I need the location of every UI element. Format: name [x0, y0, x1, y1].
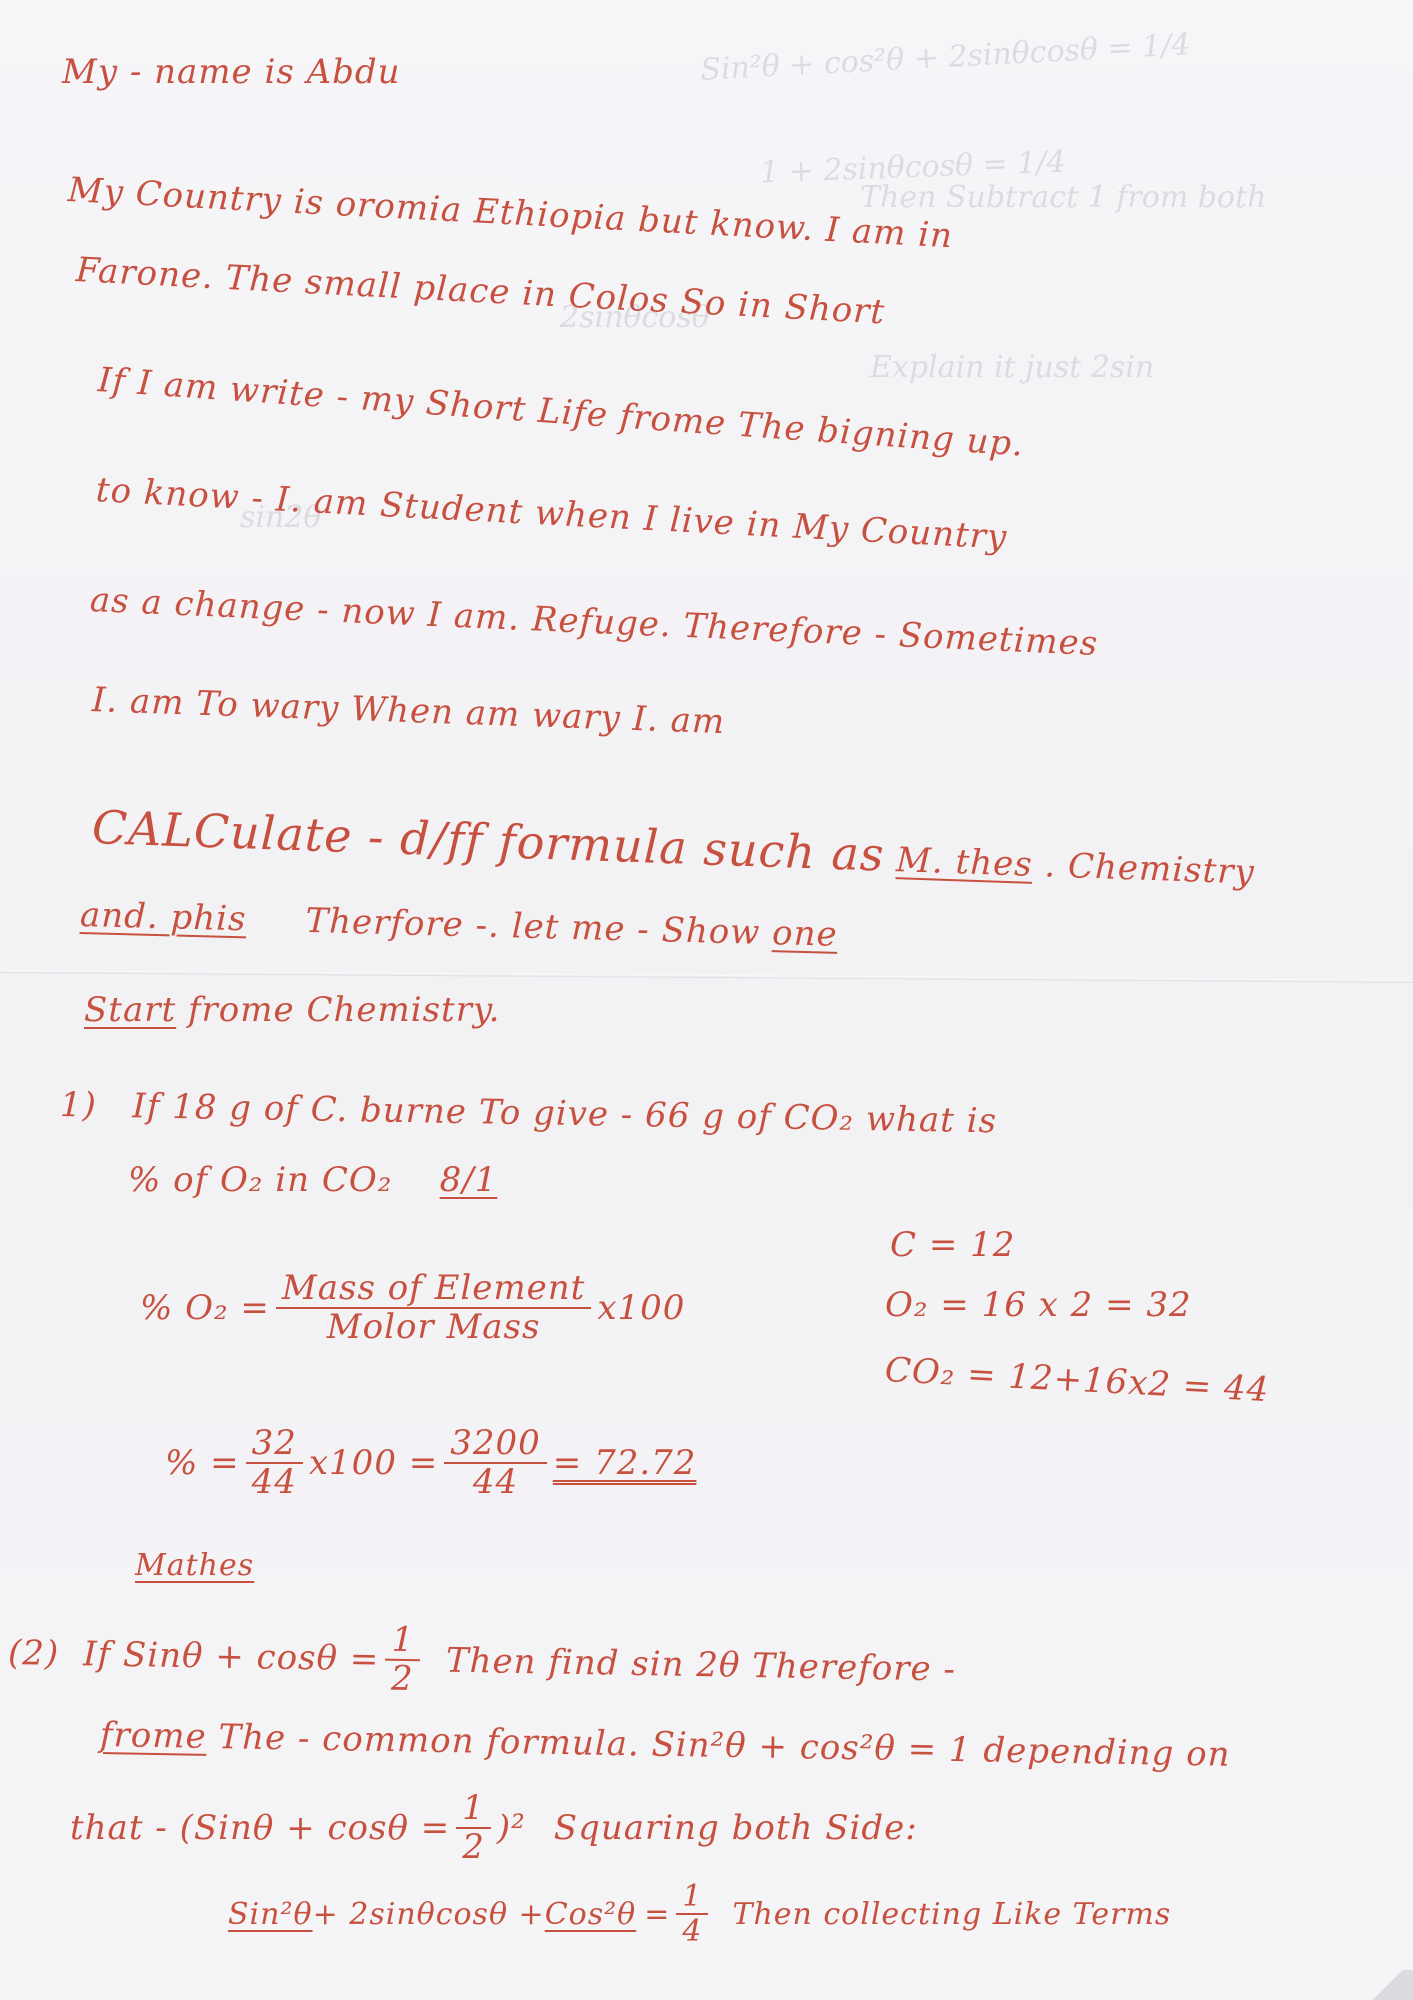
maths-line-1-frac-den: 2	[391, 1661, 414, 1699]
maths-line-3-frac-den: 2	[462, 1829, 485, 1866]
chem-calc-fraction-1: 32 44	[246, 1425, 303, 1502]
maths-line-4-frac-num: 1	[676, 1880, 708, 1915]
maths-line-4-a: Sin²θ	[228, 1897, 313, 1932]
chem-calc-mult: x100 =	[309, 1443, 438, 1483]
chem-calc-den-1: 44	[252, 1464, 297, 1501]
chem-formula-label: % O₂ =	[140, 1288, 270, 1328]
chem-formula: % O₂ = Mass of Element Molor Mass x100	[140, 1270, 685, 1347]
intro-line-9-c: one	[772, 913, 839, 955]
intro-line-10-a: Start	[84, 990, 176, 1030]
maths-line-4-b: + 2sinθcosθ +	[313, 1897, 545, 1932]
maths-line-1-b: Then find sin 2θ Therefore -	[446, 1641, 957, 1690]
maths-line-3-a: that - (Sinθ + cosθ =	[70, 1808, 450, 1848]
maths-number: (2)	[8, 1633, 60, 1674]
chem-question-text-2: % of O₂ in CO₂	[128, 1160, 392, 1200]
chem-question-tag: 8/1	[440, 1160, 498, 1200]
chem-number: 1)	[60, 1085, 98, 1126]
maths-line-3: that - (Sinθ + cosθ = 1 2 )² Squaring bo…	[70, 1790, 918, 1867]
maths-line-3-frac-num: 1	[456, 1790, 491, 1829]
intro-line-10-b: frome Chemistry.	[188, 990, 501, 1030]
bleed-through-text: Explain it just 2sin	[870, 350, 1154, 385]
chem-formula-fraction: Mass of Element Molor Mass	[276, 1270, 591, 1347]
intro-line-9-a: and. phis	[79, 895, 247, 939]
bleed-through-text: Then Subtract 1 from both	[860, 180, 1266, 215]
intro-line-1: My - name is Abdu	[62, 52, 401, 92]
chem-formula-denominator: Molor Mass	[327, 1309, 541, 1346]
maths-line-4-e: Then collecting Like Terms	[732, 1897, 1171, 1932]
maths-line-1-a: If Sinθ + cosθ =	[83, 1635, 380, 1680]
intro-line-8-c: . Chemistry	[1044, 845, 1256, 892]
page-corner-fold	[1363, 1970, 1413, 2000]
chem-calc-den-2: 44	[473, 1464, 518, 1501]
maths-line-3-b: )²	[497, 1808, 526, 1848]
maths-line-3-fraction: 1 2	[456, 1790, 491, 1867]
chem-given-o2: O₂ = 16 x 2 = 32	[885, 1285, 1192, 1325]
maths-line-4-c: Cos²θ	[545, 1897, 637, 1932]
chem-question-line-2: % of O₂ in CO₂ 8/1	[128, 1160, 497, 1200]
maths-line-4: Sin²θ + 2sinθcosθ + Cos²θ = 1 4 Then col…	[228, 1880, 1171, 1948]
chem-calc-label: % =	[165, 1443, 240, 1483]
chem-formula-numerator: Mass of Element	[276, 1270, 591, 1309]
chem-calc-num-1: 32	[246, 1425, 303, 1464]
chem-calculation: % = 32 44 x100 = 3200 44 = 72.72	[165, 1425, 696, 1502]
maths-line-4-frac-den: 4	[682, 1915, 702, 1948]
maths-line-1-fraction: 1 2	[385, 1622, 421, 1699]
chem-result: = 72.72	[553, 1443, 697, 1483]
chem-calc-fraction-2: 3200 44	[444, 1425, 547, 1502]
intro-line-8-maths: M. thes	[895, 840, 1033, 885]
intro-line-10: Start frome Chemistry.	[84, 990, 500, 1030]
maths-line-3-c: Squaring both Side:	[554, 1808, 918, 1848]
chem-formula-multiplier: x100	[597, 1288, 685, 1328]
maths-line-4-d: =	[644, 1897, 670, 1932]
chem-given-c: C = 12	[890, 1225, 1015, 1265]
maths-heading: Mathes	[135, 1548, 254, 1583]
maths-line-1-frac-num: 1	[385, 1622, 420, 1662]
maths-line-4-fraction: 1 4	[676, 1880, 708, 1948]
chem-calc-num-2: 3200	[444, 1425, 547, 1464]
maths-line-2-a: frome	[100, 1715, 207, 1757]
